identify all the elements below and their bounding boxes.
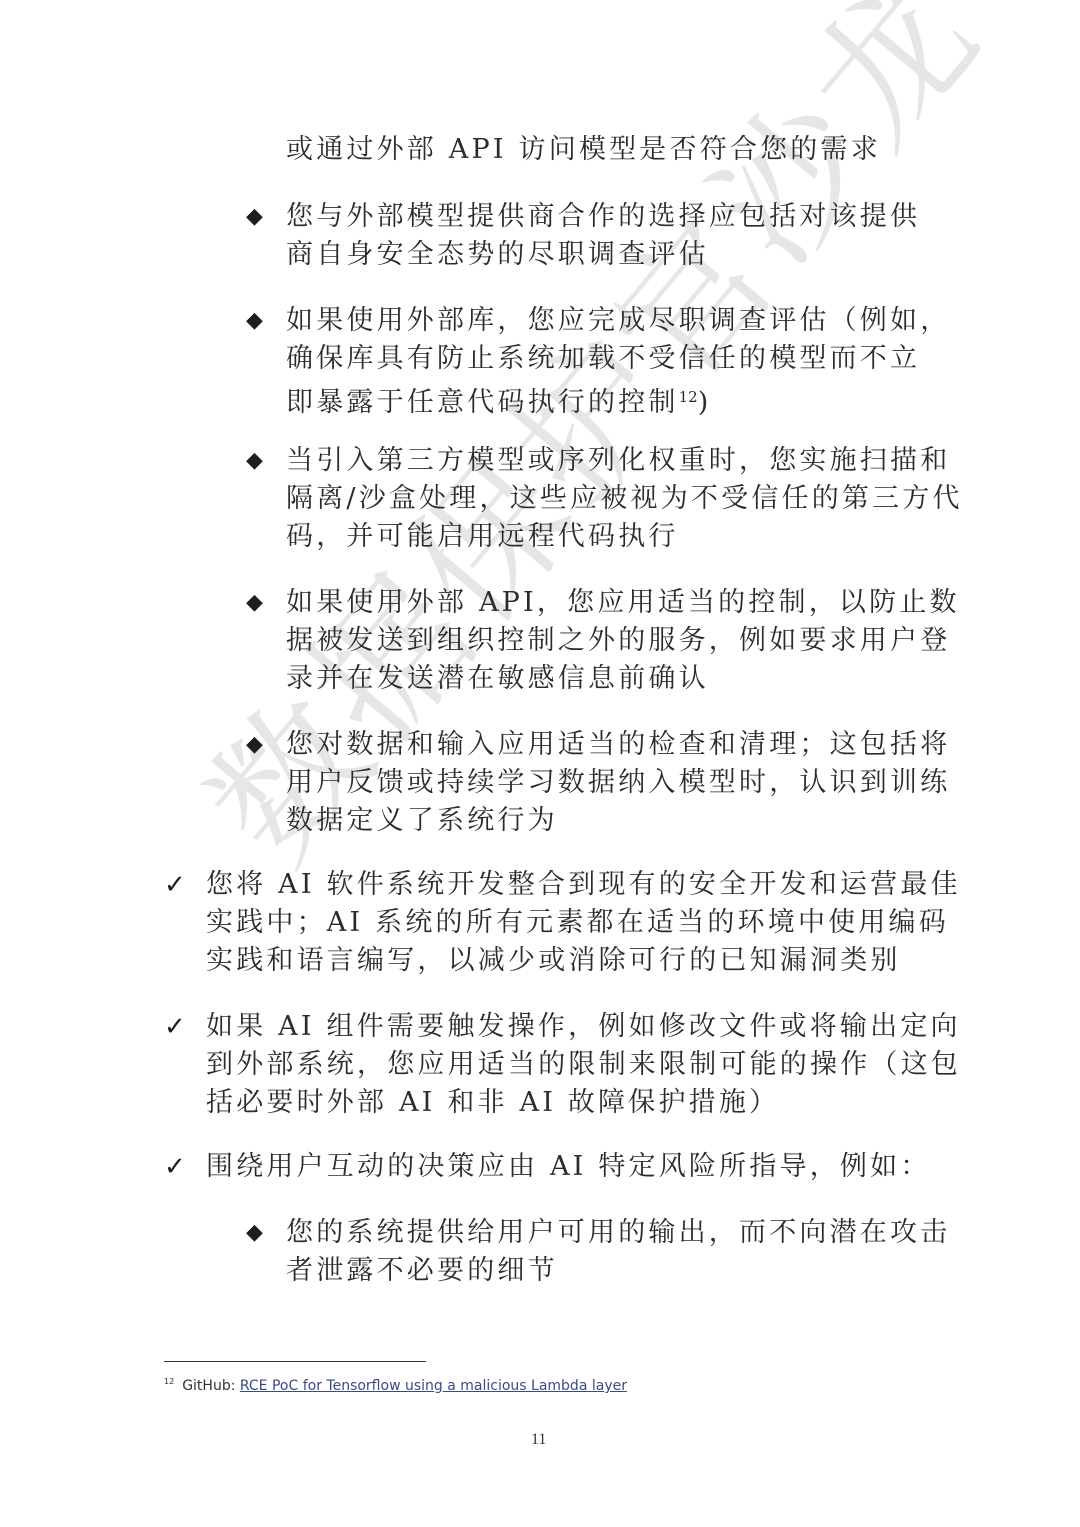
page-number: 11 — [531, 1431, 546, 1449]
footnote-separator — [164, 1361, 426, 1362]
diamond-bullet-icon: ◆ — [246, 442, 263, 480]
text-line: 您对数据和输入应用适当的检查和清理；这包括将 — [286, 726, 950, 764]
text-line: 数据定义了系统行为 — [286, 802, 558, 840]
text-line: 当引入第三方模型或序列化权重时，您实施扫描和 — [286, 442, 950, 480]
text-line: 用户反馈或持续学习数据纳入模型时，认识到训练 — [286, 764, 950, 802]
text-line: 如果使用外部库，您应完成尽职调查评估（例如， — [286, 302, 950, 340]
text-line: 录并在发送潜在敏感信息前确认 — [286, 660, 709, 698]
text-line: 您的系统提供给用户可用的输出，而不向潜在攻击 — [286, 1214, 950, 1252]
diamond-bullet-icon: ◆ — [246, 584, 263, 622]
text-line: 如果 AI 组件需要触发操作，例如修改文件或将输出定向 — [206, 1008, 961, 1046]
checkmark-icon: ✓ — [164, 1008, 186, 1046]
text-line: 您与外部模型提供商合作的选择应包括对该提供 — [286, 198, 920, 236]
text-line: 括必要时外部 AI 和非 AI 故障保护措施） — [206, 1084, 779, 1122]
text-line: 如果使用外部 API，您应用适当的控制，以防止数 — [286, 584, 960, 622]
checkmark-icon: ✓ — [164, 866, 186, 904]
footnote-ref[interactable]: 12 — [679, 388, 698, 406]
text-line: 围绕用户互动的决策应由 AI 特定风险所指导，例如： — [206, 1148, 931, 1186]
footnote: 12GitHub: RCE PoC for Tensorflow using a… — [164, 1377, 627, 1394]
text-line: 到外部系统，您应用适当的限制来限制可能的操作（这包 — [206, 1046, 961, 1084]
text-line: 实践中；AI 系统的所有元素都在适当的环境中使用编码 — [206, 904, 949, 942]
diamond-bullet-icon: ◆ — [246, 726, 263, 764]
checkmark-icon: ✓ — [164, 1148, 186, 1186]
diamond-bullet-icon: ◆ — [246, 198, 263, 236]
text-line: 码，并可能启用远程代码执行 — [286, 518, 679, 556]
footnote-link[interactable]: RCE PoC for Tensorflow using a malicious… — [240, 1378, 627, 1394]
diamond-bullet-icon: ◆ — [246, 1214, 263, 1252]
text-line: 据被发送到组织控制之外的服务，例如要求用户登 — [286, 622, 950, 660]
text-line: 隔离/沙盒处理，这些应被视为不受信任的第三方代 — [286, 480, 963, 518]
text-line: 商自身安全态势的尽职调查评估 — [286, 236, 709, 274]
text-line: 您将 AI 软件系统开发整合到现有的安全开发和运营最佳 — [206, 866, 961, 904]
diamond-bullet-icon: ◆ — [246, 302, 263, 340]
text-line: 即暴露于任意代码执行的控制12) — [286, 378, 711, 422]
text-line: 确保库具有防止系统加载不受信任的模型而不立 — [286, 340, 920, 378]
text-line: 者泄露不必要的细节 — [286, 1252, 558, 1290]
text-line: 实践和语言编写，以减少或消除可行的已知漏洞类别 — [206, 942, 901, 980]
text-line: 或通过外部 API 访问模型是否符合您的需求 — [286, 131, 881, 169]
